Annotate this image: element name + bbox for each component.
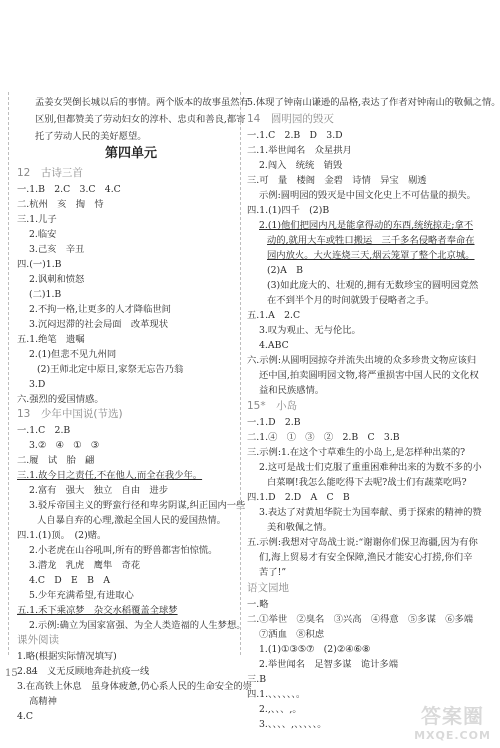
watermark-bottom: MXQE.COM (410, 729, 495, 742)
answer-line: 2.讽刺和愤怒 (29, 273, 84, 286)
answer-line: 六.强烈的爱国情感。 (17, 393, 104, 406)
answer-line: 还中国,拍卖圆明园文物,将严重损害中国人民的文化权 (259, 369, 479, 382)
answer-line: 3.潜龙 乳虎 鹰隼 奇花 (29, 559, 140, 572)
answer-line: 2.(1)但悲不见九州同 (29, 348, 116, 361)
answer-line: 一.1.C 2.B D 3.D (247, 129, 343, 142)
answer-line: 三.1.儿子 (17, 213, 57, 226)
answer-line-underlined: 园内放火。大火连烧三天,烟云笼罩了整个北京城。 (267, 249, 475, 262)
chinese-garden-title: 语文园地 (247, 582, 289, 595)
answer-line: 二.杭州 亥 掏 恃 (17, 198, 104, 211)
answer-line: (2)王师北定中原日,家祭无忘告乃翁 (37, 363, 183, 376)
answer-line: 一.1.B 2.C 3.C 4.C (17, 183, 121, 196)
answer-line: 3.表达了对黄旭华院士为国奉献、勇于探索的精神的赞 (259, 506, 482, 519)
answer-line: 二.①举世 ②臭名 ③兴高 ④得意 ⑤多谋 ⑥多端 (247, 613, 473, 626)
answer-line: 苦了!” (259, 566, 286, 579)
answer-line-underlined: 三.1.故今日之责任,不在他人,而全在我少年。 (17, 469, 202, 482)
lesson-14-title: 14 圆明园的毁灭 (247, 113, 334, 126)
answer-line: 1.(1)①③⑤⑦ (2)②④⑥⑧ (259, 643, 370, 656)
watermark-logo: 答案圈 MXQE.COM (410, 700, 495, 746)
answer-line: 四.1.(1)四千 (2)B (247, 204, 329, 217)
answer-line: 高精神 (29, 695, 57, 708)
answer-line: 3.己亥 辛丑 (29, 243, 84, 256)
answer-line: (3)如此庞大的、壮观的,拥有无数珍宝的圆明园竟然 (267, 279, 478, 292)
answer-line: 示例:圆明园的毁灭是中国文化史上不可估量的损失。 (259, 189, 476, 202)
answer-line-underlined: 动的,就用大车或牲口搬运 三千多名侵略者奉命在 (267, 234, 475, 247)
extra-reading-title: 课外阅读 (17, 634, 59, 647)
answer-line: (二)1.B (29, 288, 61, 301)
answer-line: 4.C D E B A (29, 574, 110, 587)
answer-line: 四.(一)1.B (17, 258, 62, 271)
answer-line: 2.举世闻名 足智多谋 诡计多端 (259, 658, 398, 671)
answer-line: 四.1.D 2.D A C B (247, 491, 350, 504)
answer-line: 2.富有 强大 独立 自由 进步 (29, 484, 168, 497)
intro-line: 区别,但都赞美了劳动妇女的淳朴、忠贞和善良,都寄 (35, 113, 245, 126)
answer-line: 3.驳斥帝国主义的野蛮行径和卑劣阴谋,纠正国内一些 (29, 499, 245, 512)
answer-line: 二.1.举世闻名 众星拱月 (247, 144, 352, 157)
answer-line-underlined: 2.(1)他们把园内凡是能拿得动的东西,统统掠走;拿不 (259, 219, 473, 232)
watermark-top: 答案圈 (410, 700, 495, 729)
intro-line: 孟姜女哭倒长城以后的事情。两个版本的故事虽然有 (35, 96, 249, 109)
answer-line: 美和敬佩之情。 (267, 521, 332, 534)
lesson-13-title: 13 少年中国说(节选) (17, 408, 123, 421)
right-column: 5.体现了钟南山谦逊的品格,表达了作者对钟南山的敬佩之情。 14 圆明园的毁灭 … (240, 92, 496, 655)
answer-line: 3.D (29, 378, 45, 391)
answer-line: 二.履 试 胎 翩 (17, 454, 94, 467)
answer-line: 4.ABC (259, 339, 289, 352)
answer-line: 1.略(根据实际情况填写) (17, 650, 117, 663)
answer-line: 五.1.A 2.C (247, 309, 300, 322)
answer-line: 2.临安 (29, 228, 56, 241)
answer-line: 三.示例:1.在这个寸草难生的小岛上,是怎样种出菜的? (247, 446, 465, 459)
left-column: 孟姜女哭倒长城以后的事情。两个版本的故事虽然有 区别,但都赞美了劳动妇女的淳朴、… (8, 92, 234, 655)
answer-line: 2.这可是战士们克服了重重困难种出来的为数不多的小 (259, 461, 482, 474)
answer-line: 3.沉闷迟滞的社会局面 改革现状 (29, 318, 168, 331)
answer-line: 3.、、、、,、、、、、。 (259, 718, 327, 731)
answer-line: 四.1.、、、、、、。 (247, 688, 305, 701)
answer-line: 2.示例:确立为国家富强、为全人类造福的人生梦想。 (29, 619, 246, 632)
answer-line: 五.示例:我想对守岛战士说:“谢谢你们保卫海疆,因为有你 (247, 536, 478, 549)
answer-line: 2.,、、、,。 (259, 703, 302, 716)
answer-line: 在不到半个月的时间就毁于侵略者之手。 (267, 294, 434, 307)
answer-line: 五.1.绝笔 遗嘱 (17, 333, 85, 346)
answer-line: 六.示例:从圆明园掠夺并流失出境的众多珍贵文物应该归 (247, 354, 476, 367)
answer-line: 二.1.④ ① ③ ② 2.B C 3.B (247, 431, 400, 444)
answer-line: 一.1.C 2.B (17, 424, 70, 437)
answer-line: ⑦洒血 ⑧积虑 (259, 628, 324, 641)
answer-line: 3.② ④ ① ③ (29, 439, 99, 452)
answer-line: 白菜啊!我怎么能吃得下去呢?战士们有蔬菜吃吗? (267, 476, 467, 489)
answer-line: 益和民族感情。 (259, 384, 324, 397)
page-number: 15 — (5, 664, 38, 679)
answer-line-underlined: 五.1.禾下乘凉梦 杂交水稻覆盖全球梦 (17, 604, 178, 617)
answer-line: 4.C (17, 710, 33, 723)
answer-line: 3.叹为观止、无与伦比。 (259, 324, 361, 337)
answer-line: 一.略 (247, 598, 269, 611)
lesson-15-title: 15* 小岛 (247, 400, 297, 413)
answer-line: 2.不拘一格,让更多的人才降临世间 (29, 303, 171, 316)
answer-line: 三.可 量 楼阁 金碧 诗情 异宝 剔透 (247, 174, 427, 187)
intro-line: 托了劳动人民的美好愿望。 (35, 130, 147, 143)
answer-line: 四.1.(1)顶。 (2)赌。 (17, 529, 106, 542)
answer-key-page: 孟姜女哭倒长城以后的事情。两个版本的故事虽然有 区别,但都赞美了劳动妇女的淳朴、… (0, 0, 500, 748)
answer-line: 3.在高铁上休息 虽身体疲惫,仍心系人民的生命安全的崇 (17, 680, 252, 693)
answer-line: 2.小老虎在山谷吼叫,所有的野兽都害怕惊慌。 (29, 544, 217, 557)
answer-line: 们,海上贸易才有安全保障,渔民才能安心打捞,你们辛 (259, 551, 472, 564)
answer-line: 5.体现了钟南山谦逊的品格,表达了作者对钟南山的敬佩之情。 (247, 96, 500, 109)
answer-line: 2.闯入 统统 销毁 (259, 159, 342, 172)
lesson-12-title: 12 古诗三首 (17, 167, 83, 180)
answer-line: 5.少年充满希望,有进取心 (29, 589, 134, 602)
unit-title: 第四单元 (105, 147, 157, 160)
answer-line: 一.1.D 2.B (247, 416, 301, 429)
answer-line: (2)A B (267, 264, 303, 277)
answer-line: 人自暴自弃的心理,激起全国人民的爱国热情。 (37, 514, 226, 527)
answer-line: 三.B (247, 673, 266, 686)
